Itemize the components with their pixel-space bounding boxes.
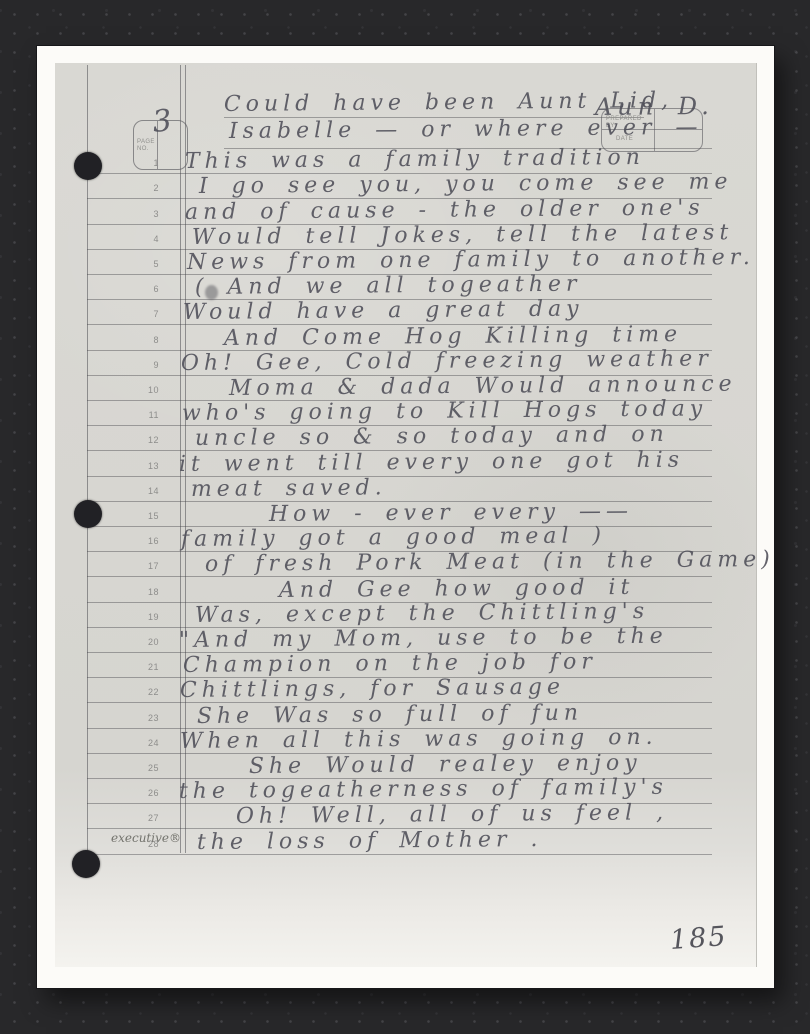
handwritten-line: Champion on the job for <box>183 650 597 678</box>
line-number: 27 <box>125 813 159 823</box>
hole-punch-top <box>74 152 102 180</box>
line-number: 1 <box>125 158 159 168</box>
handwritten-line: family got a good meal ) <box>181 524 606 552</box>
line-number: 22 <box>125 687 159 697</box>
handwritten-line: Would have a great day <box>183 298 584 325</box>
handwritten-line: She Was so full of fun <box>197 702 583 729</box>
handwritten-line: the togeatherness of family's <box>179 776 668 804</box>
margin-line-left <box>87 65 88 853</box>
hole-punch-middle <box>74 500 102 528</box>
handwritten-line: Oh! Well, all of us feel , <box>236 801 668 829</box>
line-number: 11 <box>125 410 159 420</box>
paper-sheet: PAGE NO. 3 PREPARED BY DATE Aun D. Could… <box>37 46 774 988</box>
line-number: 23 <box>125 713 159 723</box>
line-number: 21 <box>125 662 159 672</box>
line-number: 13 <box>125 461 159 471</box>
handwritten-line: Chittlings, for Sausage <box>180 676 565 703</box>
line-number: 10 <box>125 385 159 395</box>
page-number-label: PAGE NO. <box>137 139 157 153</box>
handwritten-line: I go see you, you come see me <box>199 170 733 199</box>
handwritten-line: it went till every one got his <box>179 449 684 477</box>
handwritten-line: ( And we all togeather <box>195 273 582 300</box>
line-number: 4 <box>125 234 159 244</box>
line-number: 3 <box>125 209 159 219</box>
line-number: 7 <box>125 309 159 319</box>
handwritten-line: meat saved. <box>191 476 387 502</box>
line-number: 8 <box>125 335 159 345</box>
line-number: 15 <box>125 511 159 521</box>
handwritten-page-number: 3 <box>151 109 174 135</box>
hole-punch-bottom <box>72 850 100 878</box>
scanned-document-page: PAGE NO. 3 PREPARED BY DATE Aun D. Could… <box>0 0 810 1034</box>
handwritten-line: News from one family to another. <box>187 246 755 275</box>
handwritten-line: of fresh Pork Meat (in the Game) <box>205 548 775 577</box>
line-number: 20 <box>125 637 159 647</box>
handwritten-line: When all this was going on. <box>180 726 658 754</box>
line-number: 18 <box>125 587 159 597</box>
ruled-line <box>87 854 712 855</box>
line-number: 9 <box>125 360 159 370</box>
line-number: 25 <box>125 763 159 773</box>
handwritten-header-line-1: Could have been Aunt Lid, <box>224 89 673 117</box>
line-number: 26 <box>125 788 159 798</box>
line-number: 16 <box>125 536 159 546</box>
line-number: 17 <box>125 561 159 571</box>
scan-area: PAGE NO. 3 PREPARED BY DATE Aun D. Could… <box>55 63 757 967</box>
line-number: 12 <box>125 435 159 445</box>
line-number: 5 <box>125 259 159 269</box>
line-number: 6 <box>125 284 159 294</box>
line-number: 24 <box>125 738 159 748</box>
line-number: 28 <box>125 839 159 849</box>
line-number: 14 <box>125 486 159 496</box>
line-number: 19 <box>125 612 159 622</box>
handwritten-line: uncle so & so today and on <box>195 423 669 451</box>
handwritten-line: the loss of Mother . <box>197 828 543 855</box>
handwritten-corner-page-number: 185 <box>669 921 729 956</box>
line-number: 2 <box>125 183 159 193</box>
handwritten-header-line-2: Isabelle — or where ever — <box>229 116 703 144</box>
